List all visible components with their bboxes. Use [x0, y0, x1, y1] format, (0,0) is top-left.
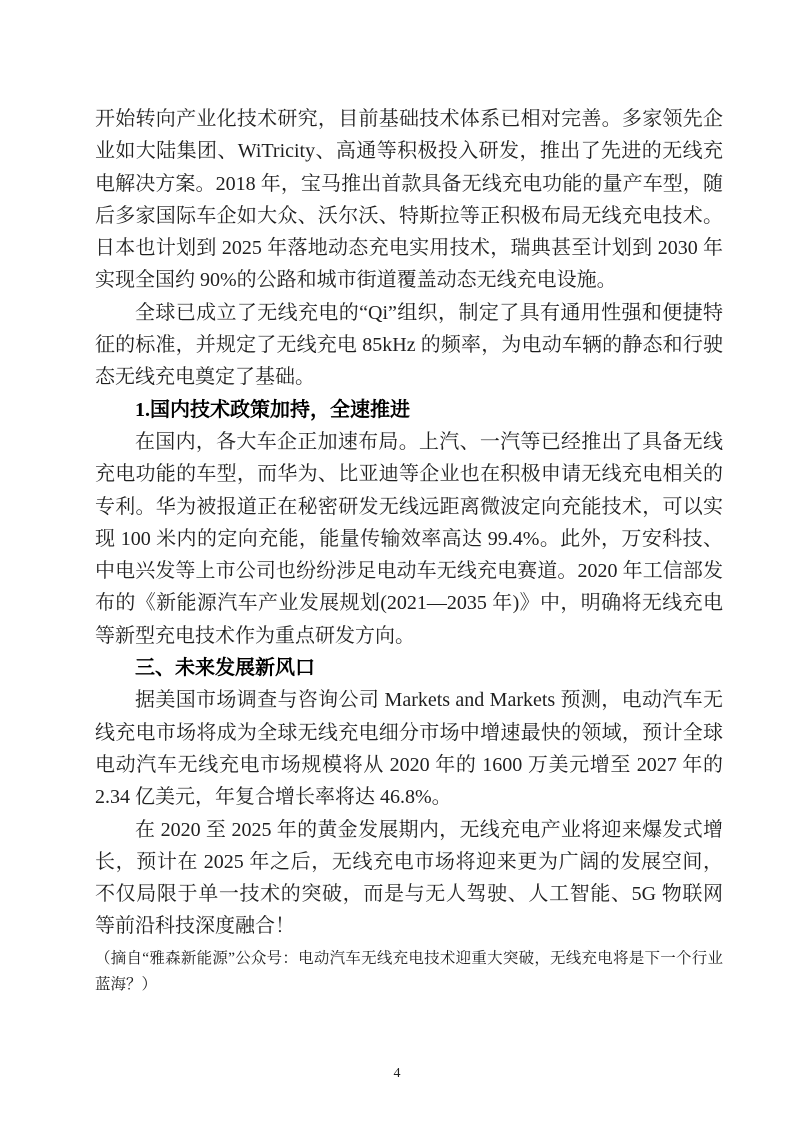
document-page: 开始转向产业化技术研究，目前基础技术体系已相对完善。多家领先企业如大陆集团、Wi…: [0, 0, 794, 1123]
paragraph-golden-period: 在 2020 至 2025 年的黄金发展期内，无线充电产业将迎来爆发式增长，预计…: [95, 814, 723, 943]
heading-future-trend: 三、未来发展新风口: [95, 652, 723, 684]
paragraph-domestic-progress: 在国内，各大车企正加速布局。上汽、一汽等已经推出了具备无线充电功能的车型，而华为…: [95, 426, 723, 652]
paragraph-qi-standard: 全球已成立了无线充电的“Qi”组织，制定了具有通用性强和便捷特征的标准，并规定了…: [95, 297, 723, 394]
paragraph-continued: 开始转向产业化技术研究，目前基础技术体系已相对完善。多家领先企业如大陆集团、Wi…: [95, 103, 723, 297]
source-footnote: （摘自“雅森新能源”公众号：电动汽车无线充电技术迎重大突破，无线充电将是下一个行…: [95, 946, 723, 998]
page-body-text: 开始转向产业化技术研究，目前基础技术体系已相对完善。多家领先企业如大陆集团、Wi…: [95, 103, 723, 943]
page-number: 4: [0, 1066, 794, 1082]
heading-domestic-policy: 1.国内技术政策加持，全速推进: [95, 394, 723, 426]
paragraph-market-forecast: 据美国市场调查与咨询公司 Markets and Markets 预测，电动汽车…: [95, 684, 723, 813]
